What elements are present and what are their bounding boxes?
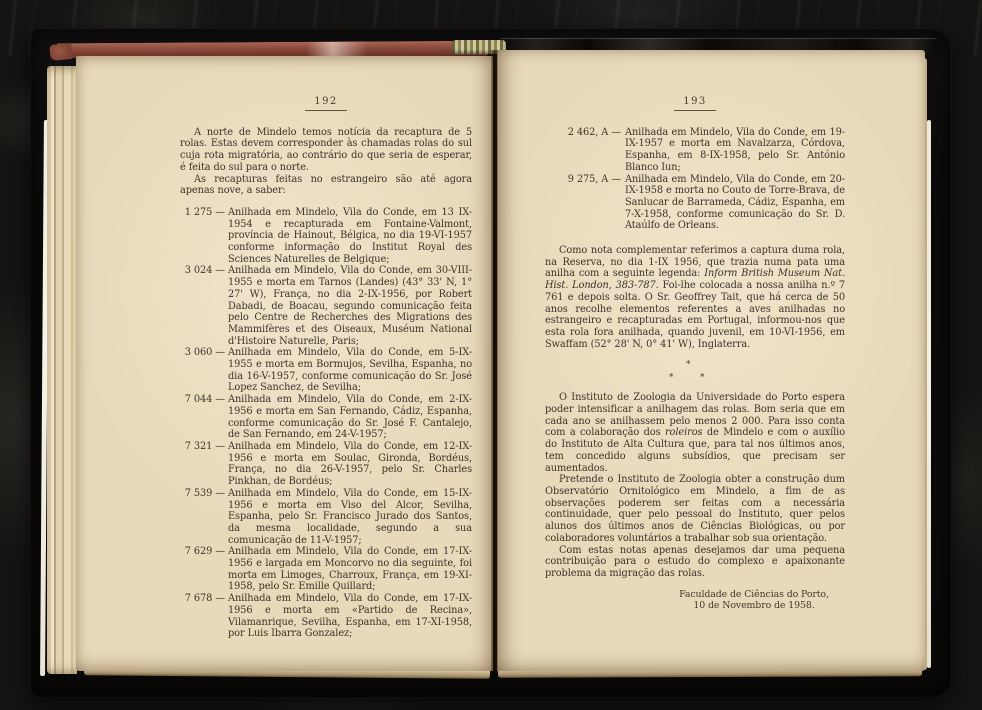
signature-block: Faculdade de Ciências do Porto, 10 de No… [545,589,845,612]
ring-number: 1 275 — [180,207,225,219]
ring-entry: 1 275 —Anilhada em Mindelo, Vila do Cond… [180,207,472,266]
ring-entry: 7 629 —Anilhada em Mindelo, Vila do Cond… [180,546,472,593]
ring-entry-text: Anilhada em Mindelo, Vila do Conde, em 1… [228,488,472,546]
ring-number: 7 678 — [180,593,225,605]
gutter-shadow [491,50,498,671]
ring-entry: 7 678 —Anilhada em Mindelo, Vila do Cond… [180,593,472,640]
left-page-stack-edge [47,66,77,674]
marbled-backdrop: 192 A norte de Mindelo temos notícia da … [0,0,982,710]
signature-date: 10 de Novembro de 1958. [663,600,845,612]
ring-entry: 3 060 —Anilhada em Mindelo, Vila do Cond… [180,347,472,394]
ring-entry: 3 024 —Anilhada em Mindelo, Vila do Cond… [180,265,472,347]
left-page-text-column: 192 A norte de Mindelo temos notícia da … [180,96,472,640]
right-page-text-column: 193 2 462, A —Anilhada em Mindelo, Vila … [545,96,845,612]
ring-number: 7 629 — [180,546,225,558]
ring-entry: 2 462, A —Anilhada em Mindelo, Vila do C… [545,127,845,174]
asterisk: * [700,373,704,385]
page-number: 192 [305,96,347,111]
ring-entry: 7 539 —Anilhada em Mindelo, Vila do Cond… [180,488,472,547]
signature-institution: Faculdade de Ciências do Porto, [663,589,845,601]
ring-entry-text: Anilhada em Mindelo, Vila do Conde, em 1… [228,546,472,592]
closing-paragraph: Com estas notas apenas desejamos dar uma… [545,545,845,580]
ring-recovery-list: 1 275 —Anilhada em Mindelo, Vila do Cond… [180,207,472,640]
page-number: 193 [674,96,716,111]
ring-number: 7 044 — [180,394,225,406]
asterisk: * [686,360,690,372]
right-page-number-row: 193 [545,96,845,111]
asterism-divider: * * * [545,360,845,392]
ring-entry-text: Anilhada em Mindelo, Vila do Conde, em 1… [228,441,472,487]
ring-number: 7 321 — [180,441,225,453]
ring-number: 3 060 — [180,347,225,359]
ring-number: 3 024 — [180,265,225,277]
complementary-note-paragraph: Como nota complementar referimos a captu… [545,245,845,350]
ring-entry-text: Anilhada em Mindelo, Vila do Conde, em 5… [228,347,472,393]
right-page: 193 2 462, A —Anilhada em Mindelo, Vila … [497,50,925,671]
left-page: 192 A norte de Mindelo temos notícia da … [76,56,493,671]
asterisk: * [669,373,673,385]
list-lead-paragraph: As recapturas feitas no estrangeiro são … [180,174,472,197]
ring-entry-text: Anilhada em Mindelo, Vila do Conde, em 1… [625,127,845,173]
ring-entry: 9 275, A —Anilhada em Mindelo, Vila do C… [545,174,845,233]
ring-entry: 7 044 —Anilhada em Mindelo, Vila do Cond… [180,394,472,441]
observatory-paragraph: Pretende o Instituto de Zoologia obter a… [545,474,845,544]
instituto-paragraph: O Instituto de Zoologia da Universidade … [545,392,845,474]
ring-entry-text: Anilhada em Mindelo, Vila do Conde, em 1… [228,207,472,265]
ring-entry-text: Anilhada em Mindelo, Vila do Conde, em 2… [228,394,472,440]
ring-recovery-list-continued: 2 462, A —Anilhada em Mindelo, Vila do C… [545,127,845,232]
ring-entry: 7 321 —Anilhada em Mindelo, Vila do Cond… [180,441,472,488]
red-stain-corner [49,43,73,61]
intro-paragraph: A norte de Mindelo temos notícia da reca… [180,127,472,174]
ring-entry-text: Anilhada em Mindelo, Vila do Conde, em 2… [625,174,845,232]
right-endpaper-edge [927,120,931,668]
ring-number: 9 275, A — [545,174,621,186]
ring-number: 7 539 — [180,488,225,500]
ring-entry-text: Anilhada em Mindelo, Vila do Conde, em 1… [228,593,472,639]
left-page-number-row: 192 [180,96,472,111]
instituto-text-italic: roleiros [665,427,702,438]
ring-entry-text: Anilhada em Mindelo, Vila do Conde, em 3… [228,265,472,346]
ring-number: 2 462, A — [545,127,621,139]
